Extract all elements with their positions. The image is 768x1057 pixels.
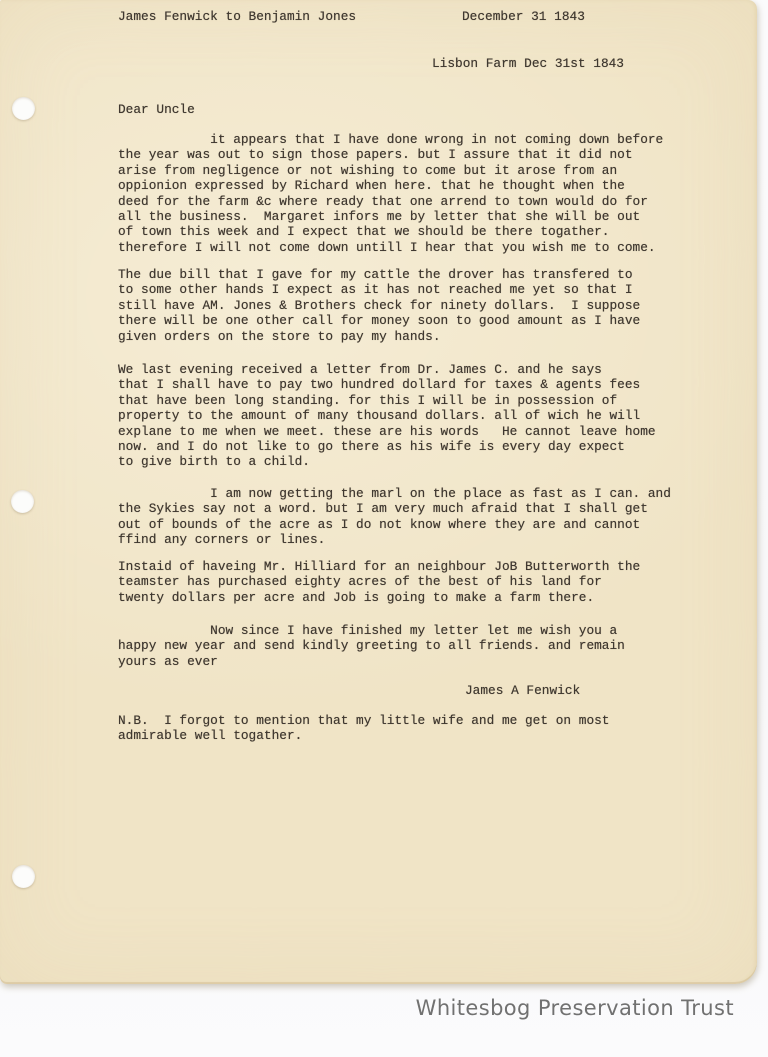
scanned-letter-image: James Fenwick to Benjamin Jones December… (0, 0, 768, 1057)
letter-header-parties: James Fenwick to Benjamin Jones (118, 9, 356, 24)
letter-signature: James A Fenwick (465, 683, 580, 698)
letter-dateline: Lisbon Farm Dec 31st 1843 (432, 56, 624, 71)
letter-paragraph-4: I am now getting the marl on the place a… (118, 486, 671, 548)
letter-paragraph-6: Now since I have finished my letter let … (118, 623, 625, 669)
punch-hole-middle (11, 490, 34, 513)
letter-postscript: N.B. I forgot to mention that my little … (118, 713, 609, 744)
letter-header-date: December 31 1843 (462, 9, 585, 24)
letter-paragraph-3: We last evening received a letter from D… (118, 362, 656, 470)
punch-hole-bottom (12, 865, 35, 888)
letter-paragraph-1: it appears that I have done wrong in not… (118, 132, 663, 255)
punch-hole-top (12, 97, 35, 120)
watermark-whitesbog-preservation-trust: Whitesbog Preservation Trust (416, 995, 734, 1021)
letter-paragraph-2: The due bill that I gave for my cattle t… (118, 267, 640, 344)
letter-salutation: Dear Uncle (118, 102, 195, 117)
letter-paragraph-5: Instaid of haveing Mr. Hilliard for an n… (118, 559, 640, 605)
